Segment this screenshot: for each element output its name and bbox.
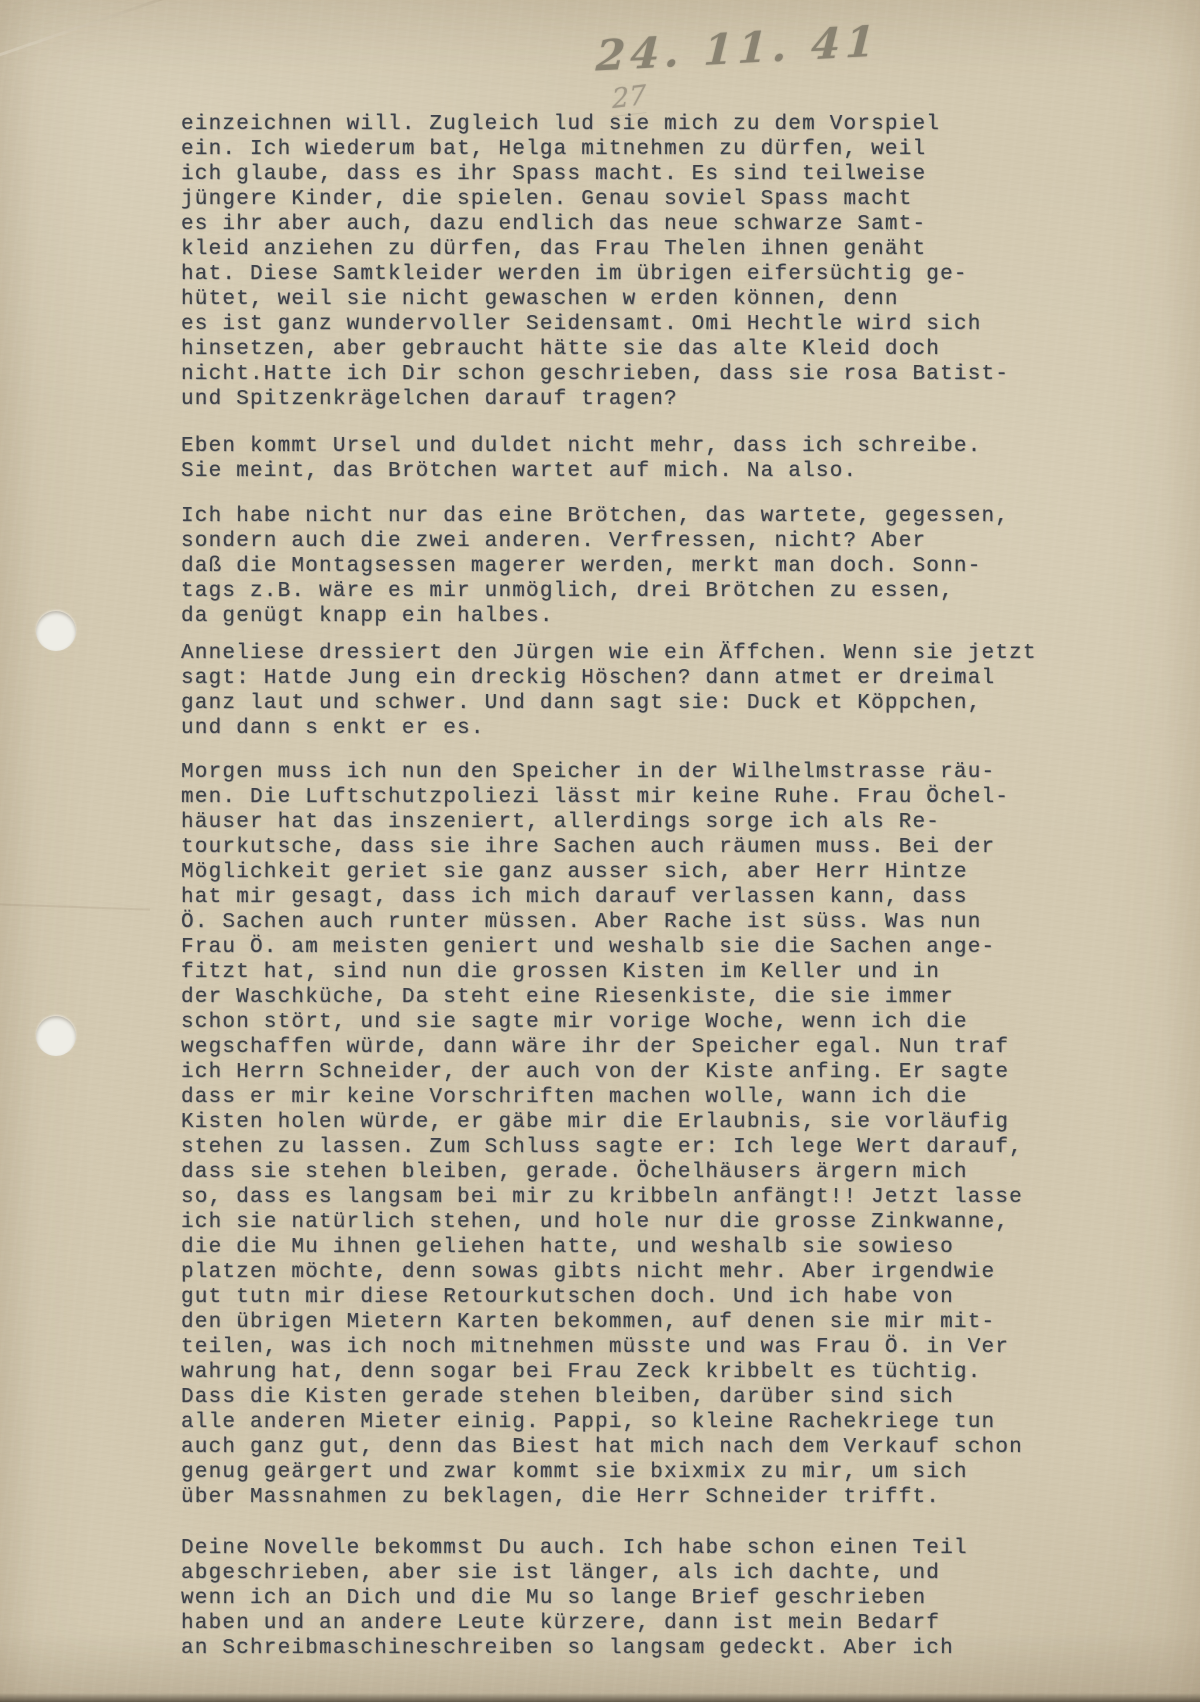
letter-paragraph: einzeichnen will. Zugleich lud sie mich … bbox=[181, 112, 1081, 412]
letter-paragraph: Eben kommt Ursel und duldet nicht mehr, … bbox=[181, 434, 1081, 484]
page-bottom-edge-shadow bbox=[0, 1693, 1200, 1702]
typewritten-letter-body: einzeichnen will. Zugleich lud sie mich … bbox=[181, 112, 1081, 1661]
punch-hole-bottom bbox=[36, 1016, 76, 1056]
letter-paragraph: Deine Novelle bekommst Du auch. Ich habe… bbox=[181, 1536, 1081, 1661]
letter-paragraph: Morgen muss ich nun den Speicher in der … bbox=[181, 760, 1081, 1510]
punch-hole-top bbox=[36, 611, 76, 651]
scanned-letter-page: { "document": { "type": "typewritten-let… bbox=[0, 0, 1200, 1702]
letter-paragraph: Ich habe nicht nur das eine Brötchen, da… bbox=[181, 504, 1081, 629]
letter-paragraph: Anneliese dressiert den Jürgen wie ein Ä… bbox=[181, 641, 1081, 741]
